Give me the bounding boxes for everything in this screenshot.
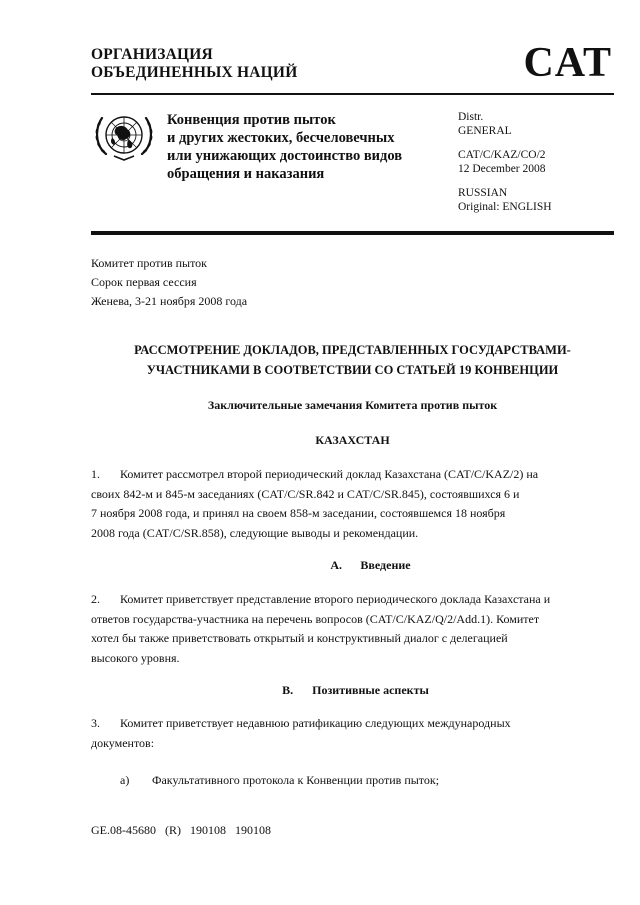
session-name: Сорок первая сессия <box>91 273 247 292</box>
document-symbol: CAT/C/KAZ/CO/2 <box>458 149 552 163</box>
organization-name: ОРГАНИЗАЦИЯ ОБЪЕДИНЕННЫХ НАЦИЙ <box>91 46 297 82</box>
location-dates: Женева, 3-21 ноября 2008 года <box>91 292 247 311</box>
paragraph-line: документов: <box>91 734 606 754</box>
header-top-rule <box>91 93 614 95</box>
paragraph-line: ответов государства-участника на перечен… <box>91 610 606 630</box>
document-date: 12 December 2008 <box>458 163 552 177</box>
sub-item-letter: a) <box>120 771 152 789</box>
section-title: Введение <box>360 558 410 572</box>
header-bottom-rule <box>91 231 614 235</box>
convention-title-line: и других жестоких, бесчеловечных <box>167 129 402 147</box>
main-title-line: РАССМОТРЕНИЕ ДОКЛАДОВ, ПРЕДСТАВЛЕННЫХ ГО… <box>91 340 614 360</box>
section-letter: B. <box>282 681 312 699</box>
paragraph-line: 2008 года (CAT/C/SR.858), следующие выво… <box>91 524 606 544</box>
paragraph-3: 3.Комитет приветствует недавнюю ратифика… <box>91 714 606 753</box>
paragraph-line: хотел бы также приветствовать открытый и… <box>91 629 606 649</box>
paragraph-number: 2. <box>91 590 120 610</box>
paragraph-1: 1.Комитет рассмотрел второй периодически… <box>91 465 606 543</box>
document-language: RUSSIAN <box>458 187 552 201</box>
committee-info: Комитет против пыток Сорок первая сессия… <box>91 254 247 311</box>
paragraph-line: своих 842-м и 845-м заседаниях (CAT/C/SR… <box>91 485 606 505</box>
organization-name-line-2: ОБЪЕДИНЕННЫХ НАЦИЙ <box>91 64 297 82</box>
convention-title-line: Конвенция против пыток <box>167 111 402 129</box>
paragraph-line: 7 ноября 2008 года, и принял на своем 85… <box>91 504 606 524</box>
paragraph-number: 1. <box>91 465 120 485</box>
main-title-line: УЧАСТНИКАМИ В СООТВЕТСТВИИ СО СТАТЬЕЙ 19… <box>91 360 614 380</box>
convention-title-line: или унижающих достоинство видов <box>167 147 402 165</box>
section-heading-a: A.Введение <box>91 556 614 574</box>
paragraph-line: Комитет приветствует представление второ… <box>120 592 550 606</box>
un-emblem-icon <box>92 108 156 164</box>
committee-name: Комитет против пыток <box>91 254 247 273</box>
convention-title-line: обращения и наказания <box>167 165 402 183</box>
distr-label: Distr. <box>458 111 552 125</box>
main-title: РАССМОТРЕНИЕ ДОКЛАДОВ, ПРЕДСТАВЛЕННЫХ ГО… <box>91 340 614 380</box>
subtitle: Заключительные замечания Комитета против… <box>91 395 614 415</box>
paragraph-line: Комитет приветствует недавнюю ратификаци… <box>120 716 511 730</box>
section-title: Позитивные аспекты <box>312 683 429 697</box>
sub-item-text: Факультативного протокола к Конвенции пр… <box>152 773 439 787</box>
document-series-symbol: CAT <box>523 40 612 86</box>
sub-item-a: a)Факультативного протокола к Конвенции … <box>120 771 439 789</box>
paragraph-line: Комитет рассмотрел второй периодический … <box>120 467 538 481</box>
country-heading: КАЗАХСТАН <box>91 430 614 450</box>
paragraph-line: высокого уровня. <box>91 649 606 669</box>
paragraph-number: 3. <box>91 714 120 734</box>
section-letter: A. <box>330 556 360 574</box>
convention-title: Конвенция против пыток и других жестоких… <box>167 111 402 183</box>
paragraph-2: 2.Комитет приветствует представление вто… <box>91 590 606 668</box>
section-heading-b: B.Позитивные аспекты <box>91 681 614 699</box>
footer-job-code: GE.08-45680 (R) 190108 190108 <box>91 822 271 838</box>
distr-value: GENERAL <box>458 125 552 139</box>
distribution-block: Distr. GENERAL CAT/C/KAZ/CO/2 12 Decembe… <box>458 111 552 214</box>
organization-name-line-1: ОРГАНИЗАЦИЯ <box>91 46 297 64</box>
original-language: Original: ENGLISH <box>458 201 552 215</box>
